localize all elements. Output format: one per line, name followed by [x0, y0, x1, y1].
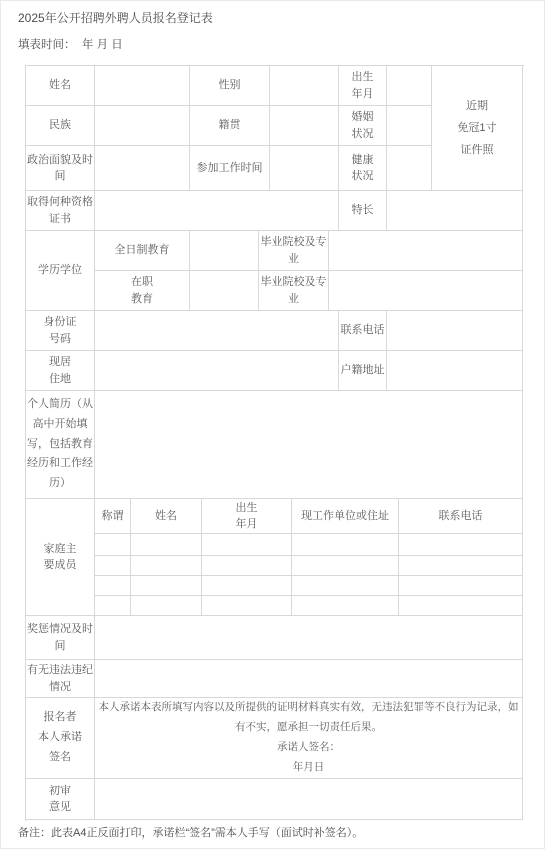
page-title: 2025年公开招聘外聘人员报名登记表: [18, 9, 213, 26]
family-cell: [399, 576, 523, 596]
label-graduate-school-major-1: 毕业院校及专业: [259, 231, 329, 271]
field-gender: [270, 66, 339, 106]
field-rewards-punishments: [95, 616, 523, 660]
label-family-members: 家庭主 要成员: [26, 499, 95, 616]
family-cell: [202, 534, 292, 556]
field-fulltime-education: [190, 231, 259, 271]
header-family-phone: 联系电话: [399, 499, 523, 534]
family-cell: [292, 556, 399, 576]
family-cell: [95, 596, 131, 616]
commitment-content: 本人承诺本表所填写内容以及所提供的证明材料真实有效，无违法犯罪等不良行为记录，如…: [95, 698, 523, 779]
family-cell: [292, 576, 399, 596]
field-contact-phone: [387, 311, 523, 351]
label-applicant-commitment: 报名者 本人承诺 签名: [26, 698, 95, 779]
family-cell: [131, 596, 202, 616]
form-document-page: 2025年公开招聘外聘人员报名登记表 填表时间： 年 月 日 姓名 性别 出生 …: [0, 0, 545, 849]
label-initial-review: 初审 意见: [26, 779, 95, 820]
label-native-place: 籍贯: [190, 106, 270, 146]
footer-note: 备注：此表A4正反面打印，承诺栏“签名”需本人手写（面试时补签名）。: [18, 824, 363, 840]
label-id-number: 身份证 号码: [26, 311, 95, 351]
field-graduate-school-major-1: [329, 231, 523, 271]
field-native-place: [270, 106, 339, 146]
field-political-status: [95, 146, 190, 191]
field-graduate-school-major-2: [329, 271, 523, 311]
photo-placeholder: 近期 免冠1寸 证件照: [432, 66, 523, 191]
family-cell: [292, 534, 399, 556]
header-family-name: 姓名: [131, 499, 202, 534]
field-current-residence: [95, 351, 339, 391]
label-onjob-education: 在职 教育: [95, 271, 190, 311]
family-cell: [202, 556, 292, 576]
family-cell: [131, 576, 202, 596]
header-family-workplace: 现工作单位或住址: [292, 499, 399, 534]
field-onjob-education: [190, 271, 259, 311]
family-cell: [202, 576, 292, 596]
label-gender: 性别: [190, 66, 270, 106]
family-cell: [399, 556, 523, 576]
field-household-address: [387, 351, 523, 391]
label-marital-status: 婚姻 状况: [339, 106, 387, 146]
label-contact-phone: 联系电话: [339, 311, 387, 351]
field-qualification-cert: [95, 191, 339, 231]
field-birth-date: [387, 66, 432, 106]
label-name: 姓名: [26, 66, 95, 106]
field-ethnicity: [95, 106, 190, 146]
family-cell: [95, 556, 131, 576]
label-work-start-time: 参加工作时间: [190, 146, 270, 191]
family-cell: [95, 534, 131, 556]
fill-time-label: 填表时间： 年 月 日: [18, 36, 123, 52]
label-qualification-cert: 取得何种资格证书: [26, 191, 95, 231]
field-health-status: [387, 146, 432, 191]
family-cell: [399, 534, 523, 556]
label-graduate-school-major-2: 毕业院校及专业: [259, 271, 329, 311]
header-family-birth: 出生 年月: [202, 499, 292, 534]
registration-table: 姓名 性别 出生 年月 近期 免冠1寸 证件照 民族 籍贯 婚姻 状况 政治面貌…: [25, 65, 524, 821]
label-household-address: 户籍地址: [339, 351, 387, 391]
family-cell: [95, 576, 131, 596]
label-law-violations: 有无违法违纪情况: [26, 660, 95, 698]
label-ethnicity: 民族: [26, 106, 95, 146]
field-personal-resume: [95, 391, 523, 499]
field-id-number: [95, 311, 339, 351]
field-name: [95, 66, 190, 106]
label-current-residence: 现居 住地: [26, 351, 95, 391]
label-personal-resume: 个人简历（从高中开始填写，包括教育经历和工作经历）: [26, 391, 95, 499]
header-family-relation: 称谓: [95, 499, 131, 534]
label-rewards-punishments: 奖惩情况及时间: [26, 616, 95, 660]
field-initial-review: [95, 779, 523, 820]
field-work-start-time: [270, 146, 339, 191]
label-political-status: 政治面貌及时间: [26, 146, 95, 191]
field-law-violations: [95, 660, 523, 698]
family-cell: [131, 556, 202, 576]
label-health-status: 健康 状况: [339, 146, 387, 191]
family-cell: [399, 596, 523, 616]
family-cell: [292, 596, 399, 616]
label-specialty: 特长: [339, 191, 387, 231]
field-marital-status: [387, 106, 432, 146]
label-education-degree: 学历学位: [26, 231, 95, 311]
field-specialty: [387, 191, 523, 231]
family-cell: [202, 596, 292, 616]
label-fulltime-education: 全日制教育: [95, 231, 190, 271]
family-cell: [131, 534, 202, 556]
label-birth-date: 出生 年月: [339, 66, 387, 106]
